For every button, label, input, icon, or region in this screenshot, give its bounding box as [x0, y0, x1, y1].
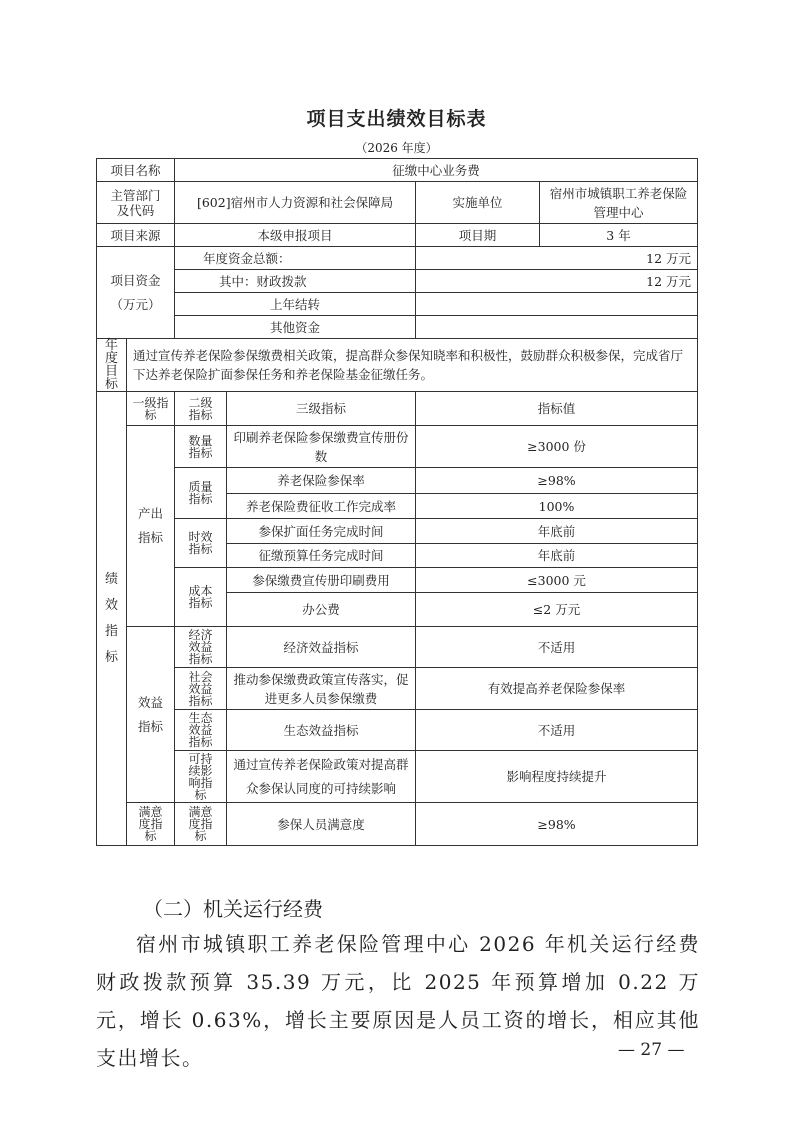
period-value: 3 年 — [540, 224, 698, 247]
row-funds-fiscal: 其中：财政拨款 12 万元 — [97, 270, 698, 293]
level2-quantity: 数量指标 — [175, 426, 227, 468]
perf-label: 绩效指标 — [97, 392, 127, 846]
period-label: 项目期 — [416, 224, 540, 247]
level3-cell: 参保缴费宣传册印刷费用 — [227, 568, 416, 593]
level1-output: 产出指标 — [127, 426, 175, 627]
value-cell: 影响程度持续提升 — [416, 751, 698, 803]
value-cell: 不适用 — [416, 627, 698, 668]
level3-cell: 印刷养老保险参保缴费宣传册份数 — [227, 426, 416, 468]
funds-carryover-value — [416, 293, 698, 316]
row-funds-total: 项目资金 （万元） 年度资金总额： 12 万元 — [97, 247, 698, 270]
funds-other-label: 其他资金 — [175, 316, 416, 339]
level3-cell: 参保人员满意度 — [227, 803, 416, 846]
metric-row: 产出指标 数量指标 印刷养老保险参保缴费宣传册份数 ≥3000 份 — [97, 426, 698, 468]
annual-goal-label: 年度目标 — [97, 339, 127, 392]
metric-row: 满意度指标 满意度指标 参保人员满意度 ≥98% — [97, 803, 698, 846]
page-number: — 27 — — [618, 1040, 684, 1060]
metric-row: 可持续影响指标 通过宣传养老保险政策对提高群众参保认同度的可持续影响 影响程度持… — [97, 751, 698, 803]
level3-cell: 推动参保缴费政策宣传落实，促进更多人员参保缴费 — [227, 668, 416, 710]
annual-goal-label-text: 年度目标 — [105, 339, 118, 391]
impl-unit-value: 宿州市城镇职工养老保险管理中心 — [540, 182, 698, 224]
funds-total-value: 12 万元 — [416, 247, 698, 270]
funds-label-line1: 项目资金 — [101, 269, 170, 293]
value-cell: 有效提高养老保险参保率 — [416, 668, 698, 710]
performance-goal-table: 项目名称 征缴中心业务费 主管部门 及代码 [602]宿州市人力资源和社会保障局… — [96, 158, 698, 846]
level2-sustainable: 可持续影响指标 — [175, 751, 227, 803]
row-department: 主管部门 及代码 [602]宿州市人力资源和社会保障局 实施单位 宿州市城镇职工… — [97, 182, 698, 224]
row-source: 项目来源 本级申报项目 项目期 3 年 — [97, 224, 698, 247]
level2-cost: 成本指标 — [175, 568, 227, 627]
funds-other-value — [416, 316, 698, 339]
dept-label-line2: 及代码 — [101, 203, 170, 218]
funds-label: 项目资金 （万元） — [97, 247, 175, 339]
metric-row: 质量指标 养老保险参保率 ≥98% — [97, 468, 698, 494]
funds-fiscal-label: 其中：财政拨款 — [175, 270, 416, 293]
funds-carryover-label: 上年结转 — [175, 293, 416, 316]
level3-cell: 经济效益指标 — [227, 627, 416, 668]
section-heading: （二）机关运行经费 — [143, 893, 323, 922]
row-annual-goal: 年度目标 通过宣传养老保险参保缴费相关政策，提高群众参保知晓率和积极性，鼓励群众… — [97, 339, 698, 392]
level2-economic: 经济效益指标 — [175, 627, 227, 668]
perf-label-text: 绩效指标 — [105, 567, 118, 671]
value-cell: ≥98% — [416, 803, 698, 846]
project-name-value: 征缴中心业务费 — [175, 159, 698, 182]
impl-unit-label: 实施单位 — [416, 182, 540, 224]
level2-quality: 质量指标 — [175, 468, 227, 519]
level1-benefit: 效益指标 — [127, 627, 175, 803]
value-cell: ≤3000 元 — [416, 568, 698, 593]
funds-fiscal-value: 12 万元 — [416, 270, 698, 293]
table-subtitle: （2026 年度） — [0, 139, 793, 156]
metric-row: 社会效益指标 推动参保缴费政策宣传落实，促进更多人员参保缴费 有效提高养老保险参… — [97, 668, 698, 710]
funds-total-label: 年度资金总额： — [175, 247, 416, 270]
value-cell: 年底前 — [416, 519, 698, 544]
level2-satisfaction: 满意度指标 — [175, 803, 227, 846]
level3-cell: 参保扩面任务完成时间 — [227, 519, 416, 544]
level3-cell: 生态效益指标 — [227, 710, 416, 751]
header-level1: 一级指标 — [127, 392, 175, 426]
level3-cell: 办公费 — [227, 593, 416, 627]
annual-goal-text: 通过宣传养老保险参保缴费相关政策，提高群众参保知晓率和积极性，鼓励群众积极参保，… — [127, 339, 698, 392]
funds-label-line2: （万元） — [101, 293, 170, 317]
row-funds-other: 其他资金 — [97, 316, 698, 339]
level3-cell: 养老保险参保率 — [227, 468, 416, 494]
dept-label: 主管部门 及代码 — [97, 182, 175, 224]
header-level3: 三级指标 — [227, 392, 416, 426]
metric-row: 效益指标 经济效益指标 经济效益指标 不适用 — [97, 627, 698, 668]
level3-cell: 养老保险费征收工作完成率 — [227, 494, 416, 519]
metric-row: 时效指标 参保扩面任务完成时间 年底前 — [97, 519, 698, 544]
row-project-name: 项目名称 征缴中心业务费 — [97, 159, 698, 182]
dept-label-line1: 主管部门 — [101, 188, 170, 203]
value-cell: 年底前 — [416, 544, 698, 568]
header-level2: 二级指标 — [175, 392, 227, 426]
value-cell: ≤2 万元 — [416, 593, 698, 627]
level1-satisfaction: 满意度指标 — [127, 803, 175, 846]
header-value: 指标值 — [416, 392, 698, 426]
level2-ecological: 生态效益指标 — [175, 710, 227, 751]
section-paragraph: 宿州市城镇职工养老保险管理中心 2026 年机关运行经费财政拨款预算 35.39… — [96, 925, 700, 1077]
level3-cell: 通过宣传养老保险政策对提高群众参保认同度的可持续影响 — [227, 751, 416, 803]
source-value: 本级申报项目 — [175, 224, 416, 247]
value-cell: 不适用 — [416, 710, 698, 751]
level3-cell: 征缴预算任务完成时间 — [227, 544, 416, 568]
level2-timeliness: 时效指标 — [175, 519, 227, 568]
project-name-label: 项目名称 — [97, 159, 175, 182]
value-cell: ≥3000 份 — [416, 426, 698, 468]
row-funds-carryover: 上年结转 — [97, 293, 698, 316]
row-metrics-header: 绩效指标 一级指标 二级指标 三级指标 指标值 — [97, 392, 698, 426]
dept-value: [602]宿州市人力资源和社会保障局 — [175, 182, 416, 224]
metric-row: 生态效益指标 生态效益指标 不适用 — [97, 710, 698, 751]
value-cell: 100% — [416, 494, 698, 519]
source-label: 项目来源 — [97, 224, 175, 247]
level2-social: 社会效益指标 — [175, 668, 227, 710]
metric-row: 成本指标 参保缴费宣传册印刷费用 ≤3000 元 — [97, 568, 698, 593]
value-cell: ≥98% — [416, 468, 698, 494]
table-title: 项目支出绩效目标表 — [0, 104, 793, 131]
